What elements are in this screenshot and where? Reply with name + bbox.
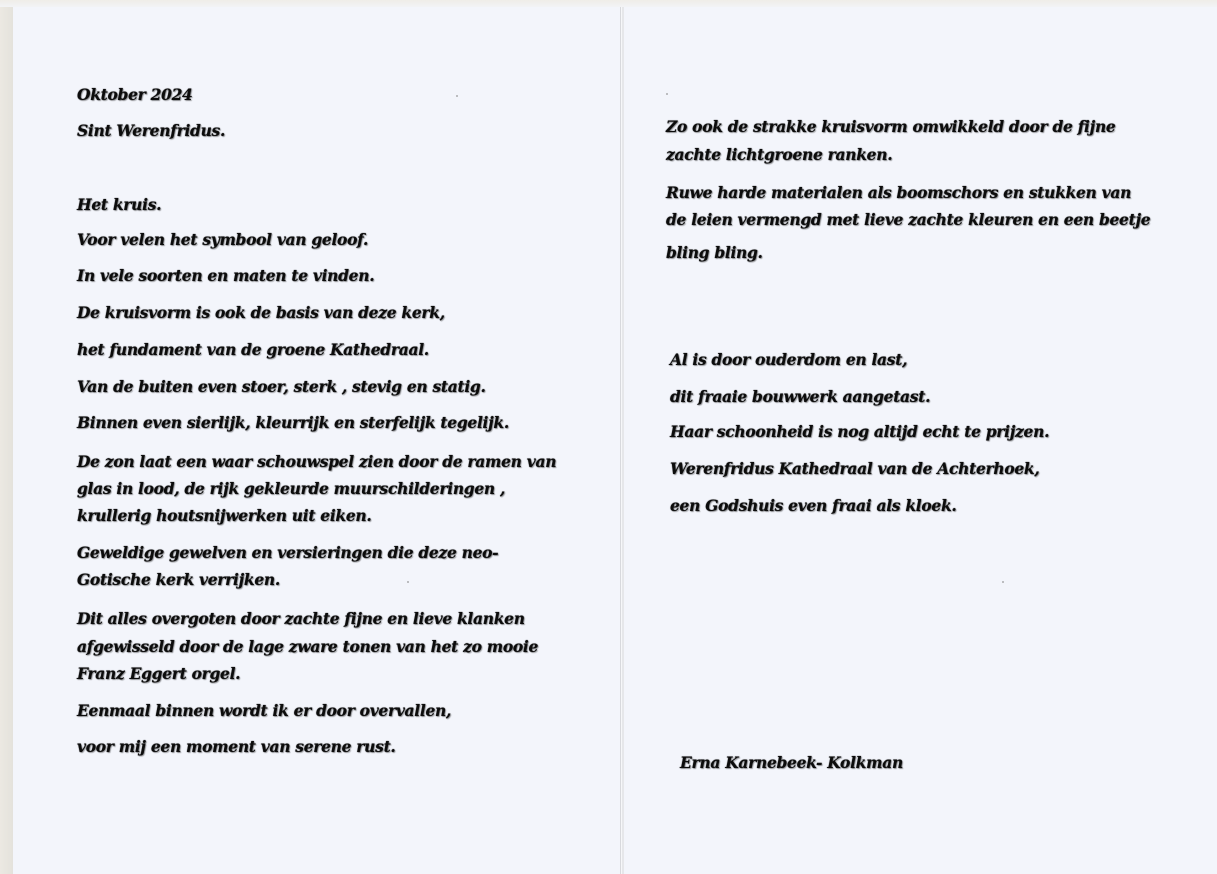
stanza1-line: bling bling. xyxy=(666,243,763,263)
paper-speck xyxy=(1002,581,1004,583)
subtitle-line: Sint Werenfridus. xyxy=(77,121,225,141)
stanza1-line: zachte lichtgroene ranken. xyxy=(666,145,892,165)
poem-line: De zon laat een waar schouwspel zien doo… xyxy=(77,452,556,472)
poem-line: Voor velen het symbool van geloof. xyxy=(77,230,368,250)
stanza2-line: Al is door ouderdom en last, xyxy=(670,350,907,370)
paper-speck xyxy=(666,93,668,95)
scan-margin-left xyxy=(0,0,13,874)
poem-line: In vele soorten en maten te vinden. xyxy=(77,266,374,286)
poem-line: Van de buiten even stoer, sterk , stevig… xyxy=(77,377,486,397)
stanza2-line: dit fraaie bouwwerk aangetast. xyxy=(670,387,930,407)
paper-speck xyxy=(456,95,458,97)
poem-line: glas in lood, de rijk gekleurde muurschi… xyxy=(77,479,505,499)
poem-line: voor mij een moment van serene rust. xyxy=(77,737,396,757)
stanza2-line: een Godshuis even fraai als kloek. xyxy=(670,496,957,516)
stanza1-line: Ruwe harde materialen als boomschors en … xyxy=(666,183,1131,203)
poem-line: Eenmaal binnen wordt ik er door overvall… xyxy=(77,701,451,721)
poem-line: Dit alles overgoten door zachte fijne en… xyxy=(77,609,525,629)
paper-speck xyxy=(407,581,409,583)
poem-line: Franz Eggert orgel. xyxy=(77,664,240,684)
poem-line: het fundament van de groene Kathedraal. xyxy=(77,340,429,360)
poem-line: Geweldige gewelven en versieringen die d… xyxy=(77,543,498,563)
poem-line: krullerig houtsnijwerken uit eiken. xyxy=(77,506,372,526)
page-left: Oktober 2024 Sint Werenfridus. Het kruis… xyxy=(13,7,621,874)
poem-line: De kruisvorm is ook de basis van deze ke… xyxy=(77,303,445,323)
signature: Erna Karnebeek- Kolkman xyxy=(680,753,903,773)
stanza1-line: de leien vermengd met lieve zachte kleur… xyxy=(666,210,1150,230)
poem-title: Het kruis. xyxy=(77,195,161,215)
poem-line: afgewisseld door de lage zware tonen van… xyxy=(77,637,538,657)
poem-line: Gotische kerk verrijken. xyxy=(77,570,280,590)
date-line: Oktober 2024 xyxy=(77,85,193,105)
stanza1-line: Zo ook de strakke kruisvorm omwikkeld do… xyxy=(666,117,1116,137)
page-right: Zo ook de strakke kruisvorm omwikkeld do… xyxy=(622,7,1217,874)
stanza2-line: Haar schoonheid is nog altijd echt te pr… xyxy=(670,422,1049,442)
poem-line: Binnen even sierlijk, kleurrijk en sterf… xyxy=(77,413,509,433)
scan-margin-top xyxy=(0,0,1217,7)
stanza2-line: Werenfridus Kathedraal van de Achterhoek… xyxy=(670,459,1039,479)
